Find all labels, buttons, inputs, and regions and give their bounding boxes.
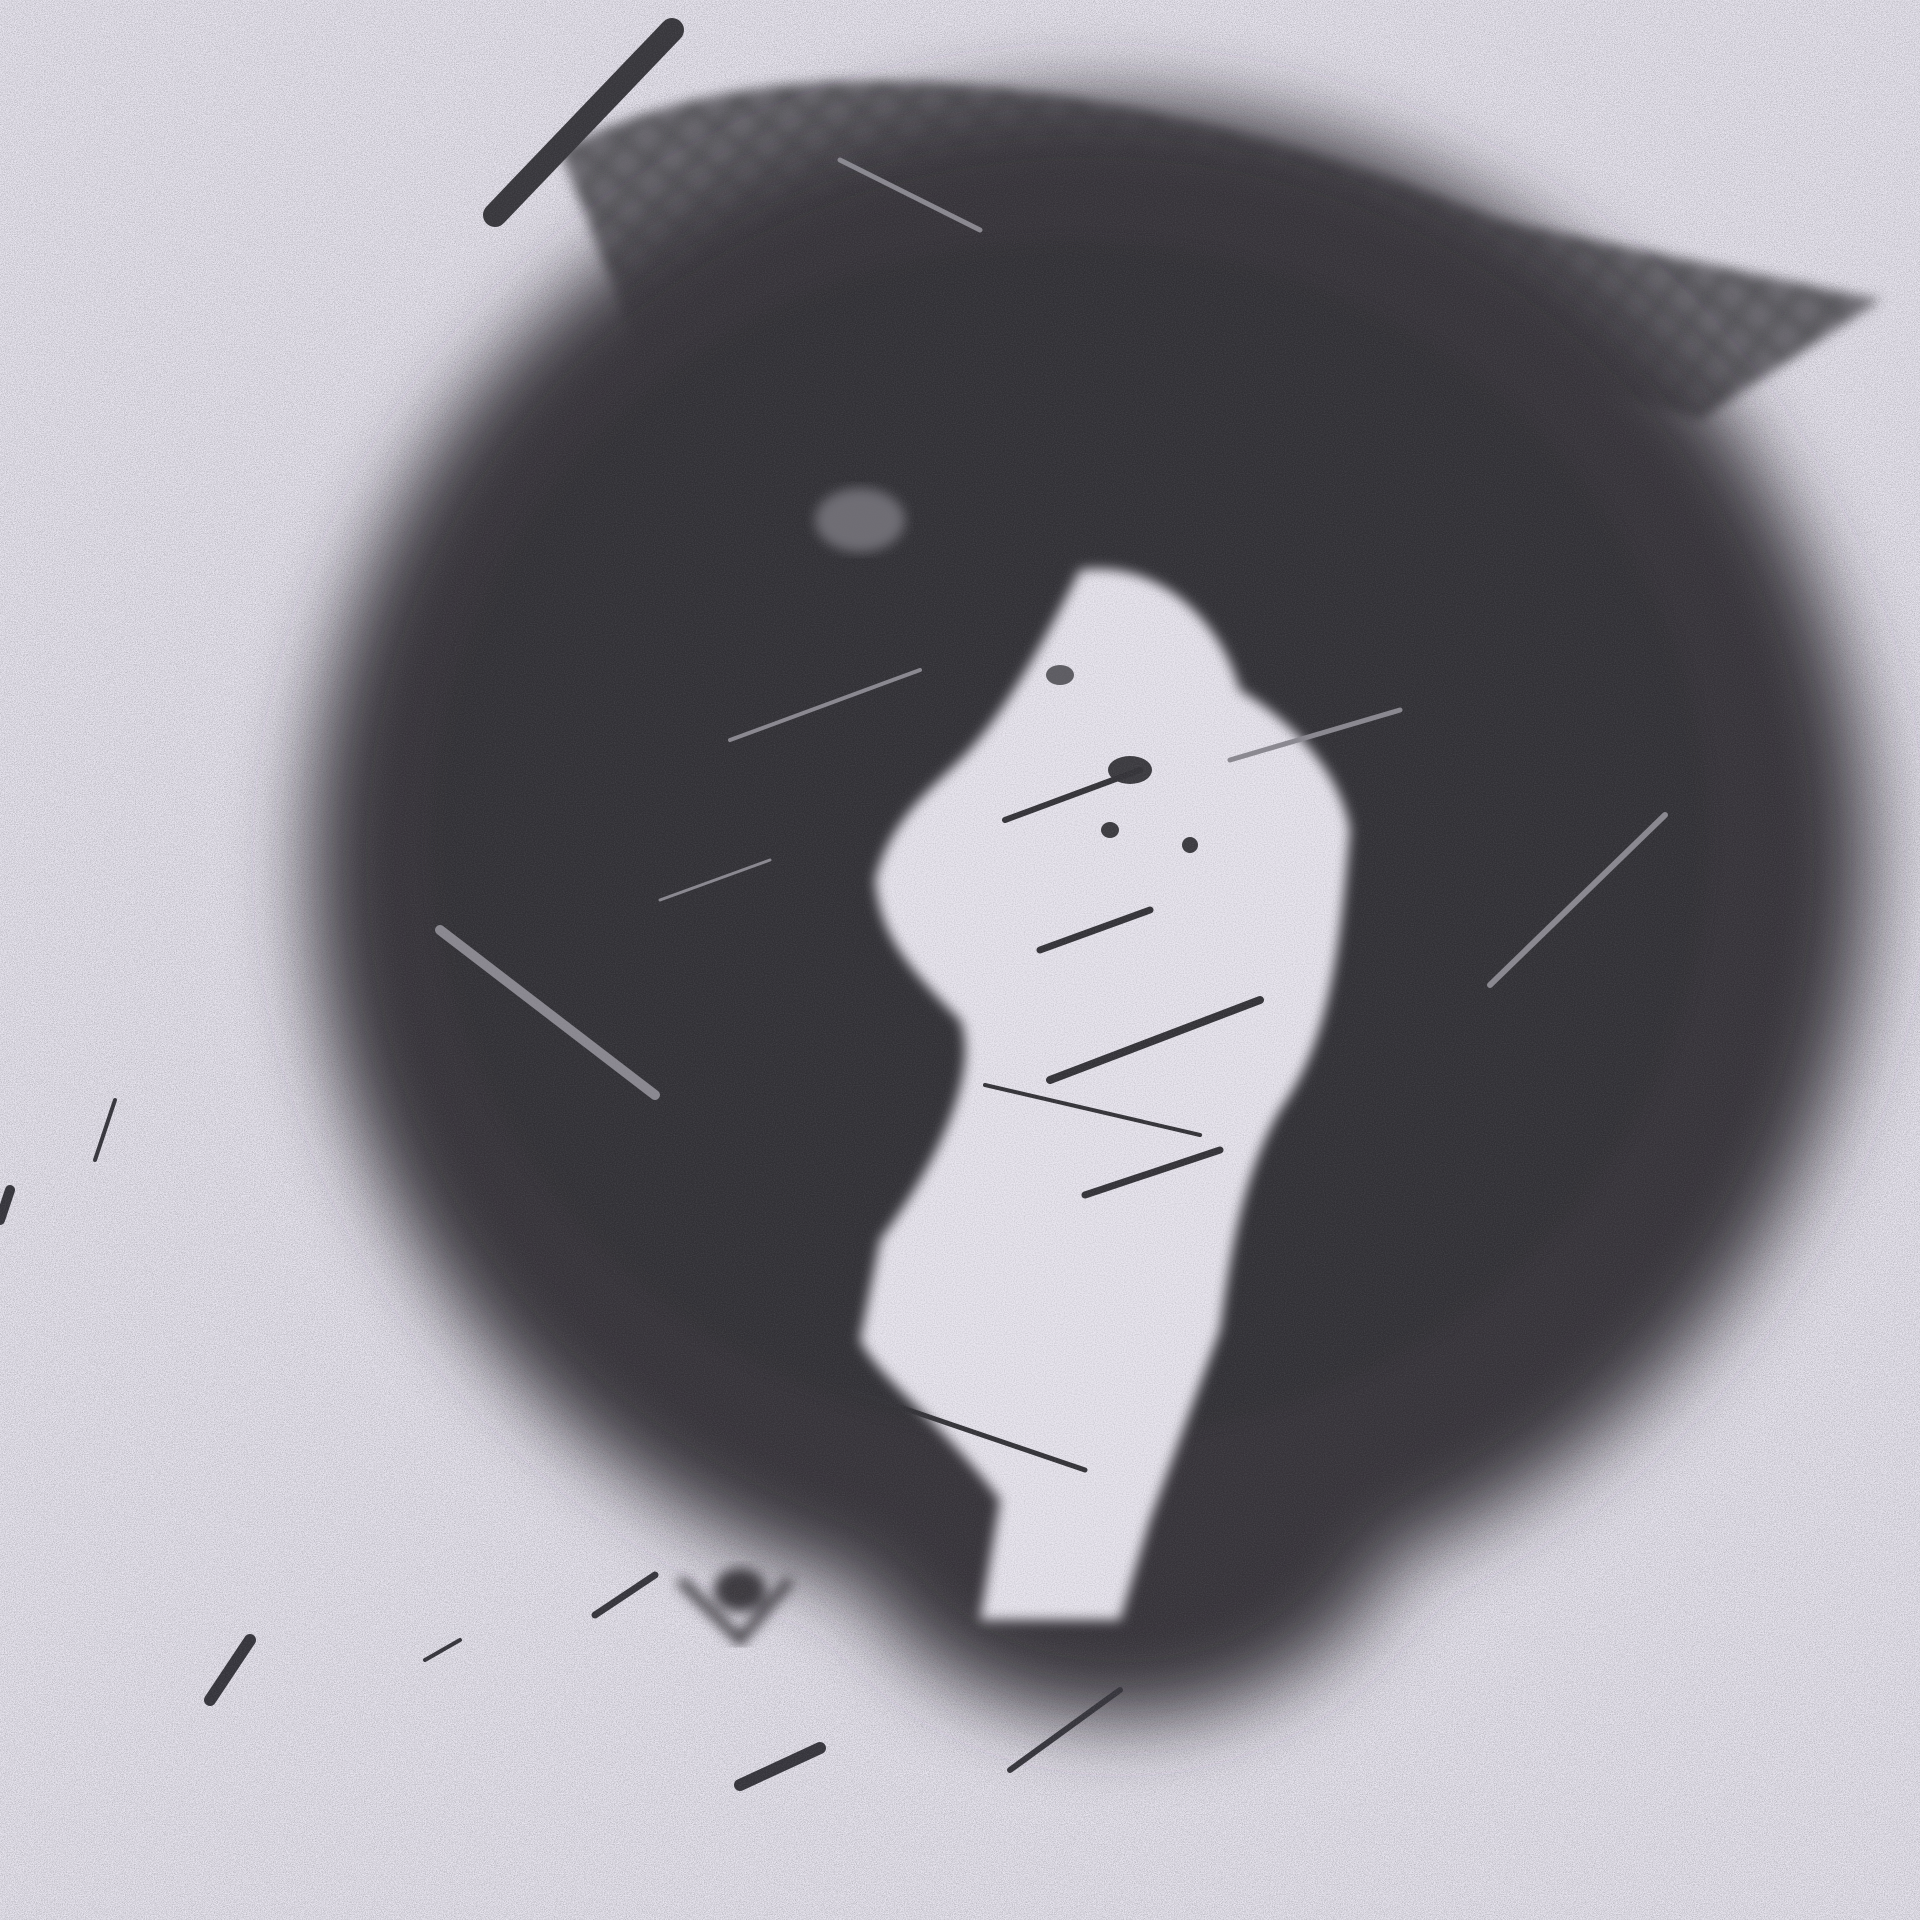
film-grain xyxy=(0,0,1920,1920)
photograph: Grainy high-contrast monochrome photogra… xyxy=(0,0,1920,1920)
photo-canvas xyxy=(0,0,1920,1920)
